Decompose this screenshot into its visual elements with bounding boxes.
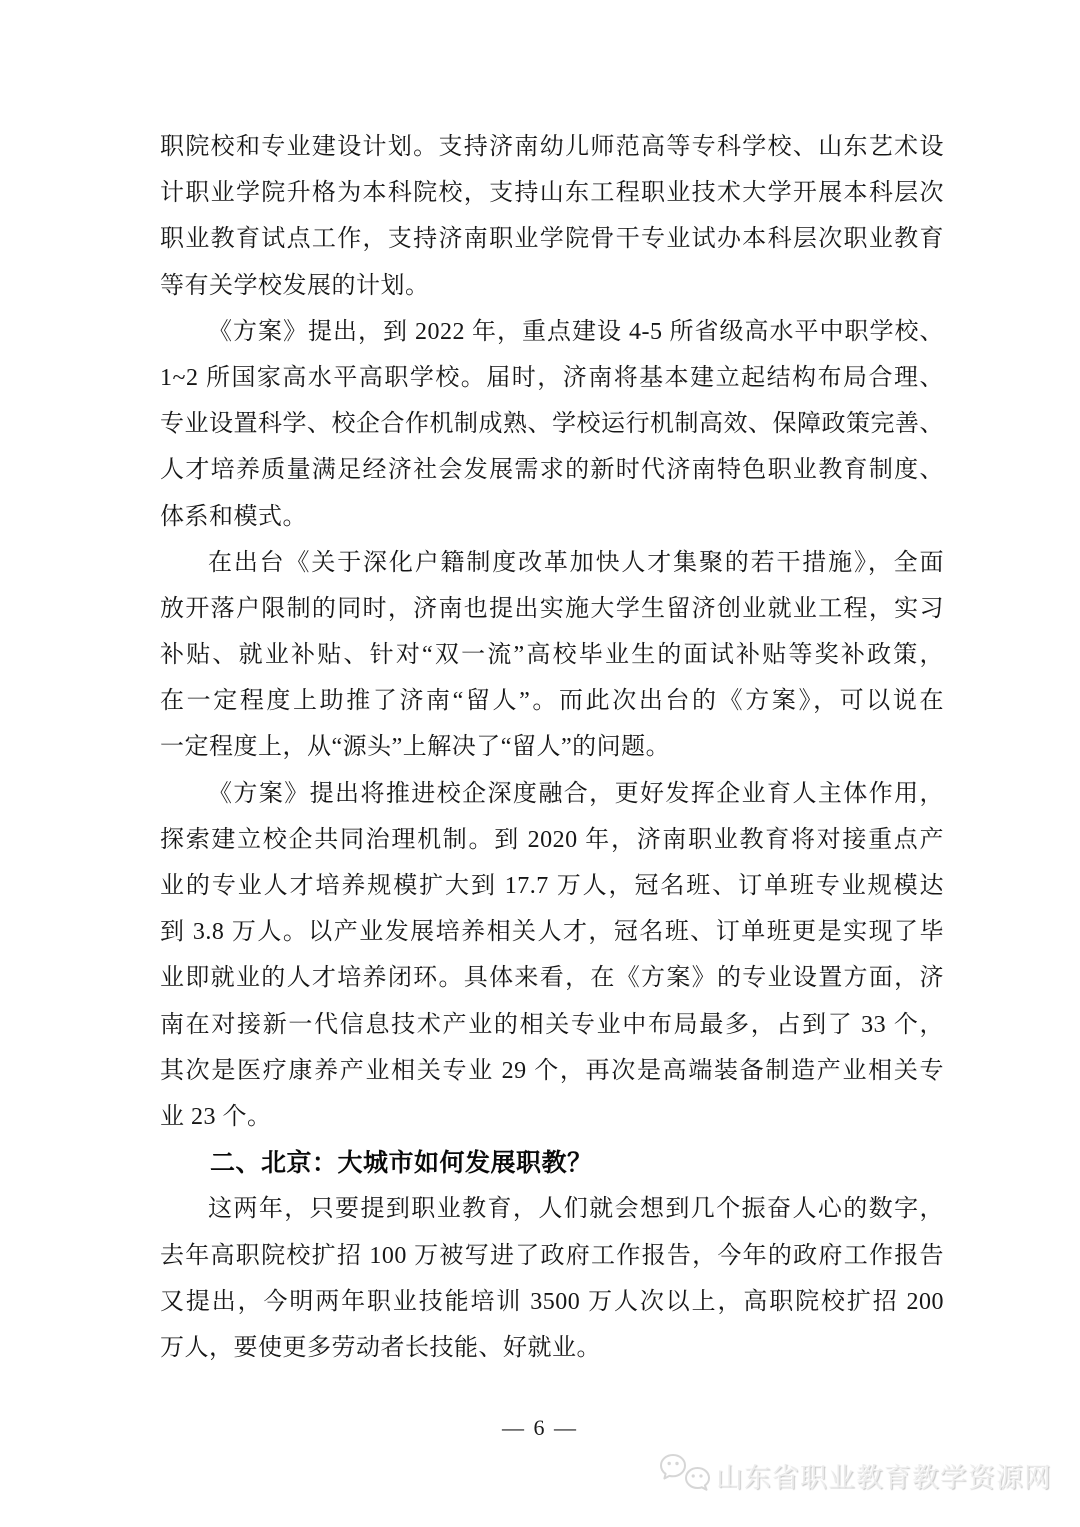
text-line: 到 3.8 万人。以产业发展培养相关人才，冠名班、订单班更是实现了毕 — [160, 909, 944, 955]
text-line: 其次是医疗康养产业相关专业 29 个，再次是高端装备制造产业相关专 — [160, 1048, 944, 1094]
text-line: 探索建立校企共同治理机制。到 2020 年，济南职业教育将对接重点产 — [160, 817, 944, 863]
text-line: 万人，要使更多劳动者长技能、好就业。 — [160, 1325, 944, 1371]
text-line: 专业设置科学、校企合作机制成熟、学校运行机制高效、保障政策完善、 — [160, 401, 944, 447]
wechat-icon — [660, 1452, 710, 1499]
section-heading: 二、北京：大城市如何发展职教？ — [160, 1140, 944, 1186]
text-line: 又提出，今明两年职业技能培训 3500 万人次以上，高职院校扩招 200 — [160, 1279, 944, 1325]
text-line: 业的专业人才培养规模扩大到 17.7 万人，冠名班、订单班专业规模达 — [160, 863, 944, 909]
text-line: 《方案》提出，到 2022 年，重点建设 4-5 所省级高水平中职学校、 — [160, 309, 944, 355]
text-line: 职业教育试点工作，支持济南职业学院骨干专业试办本科层次职业教育 — [160, 216, 944, 262]
document-body: 职院校和专业建设计划。支持济南幼儿师范高等专科学校、山东艺术设计职业学院升格为本… — [160, 124, 944, 1371]
watermark: 山东省职业教育教学资源网 — [660, 1450, 1052, 1500]
watermark-text: 山东省职业教育教学资源网 — [716, 1456, 1052, 1495]
paragraph: 职院校和专业建设计划。支持济南幼儿师范高等专科学校、山东艺术设计职业学院升格为本… — [160, 124, 944, 309]
text-line: 补贴、就业补贴、针对“双一流”高校毕业生的面试补贴等奖补政策， — [160, 632, 944, 678]
paragraph: 这两年，只要提到职业教育，人们就会想到几个振奋人心的数字，去年高职院校扩招 10… — [160, 1186, 944, 1371]
paragraph: 《方案》提出，到 2022 年，重点建设 4-5 所省级高水平中职学校、1~2 … — [160, 309, 944, 540]
text-line: 一定程度上，从“源头”上解决了“留人”的问题。 — [160, 724, 944, 770]
text-line: 在一定程度上助推了济南“留人”。而此次出台的《方案》，可以说在 — [160, 678, 944, 724]
text-line: 《方案》提出将推进校企深度融合，更好发挥企业育人主体作用， — [160, 771, 944, 817]
text-line: 放开落户限制的同时，济南也提出实施大学生留济创业就业工程，实习 — [160, 586, 944, 632]
text-line: 体系和模式。 — [160, 494, 944, 540]
text-line: 业 23 个。 — [160, 1094, 944, 1140]
document-page: 职院校和专业建设计划。支持济南幼儿师范高等专科学校、山东艺术设计职业学院升格为本… — [0, 0, 1080, 1527]
text-line: 业即就业的人才培养闭环。具体来看，在《方案》的专业设置方面，济 — [160, 955, 944, 1001]
paragraph: 在出台《关于深化户籍制度改革加快人才集聚的若干措施》，全面放开落户限制的同时，济… — [160, 540, 944, 771]
paragraph: 《方案》提出将推进校企深度融合，更好发挥企业育人主体作用，探索建立校企共同治理机… — [160, 771, 944, 1141]
text-line: 南在对接新一代信息技术产业的相关专业中布局最多，占到了 33 个， — [160, 1002, 944, 1048]
text-line: 1~2 所国家高水平高职学校。届时，济南将基本建立起结构布局合理、 — [160, 355, 944, 401]
text-line: 人才培养质量满足经济社会发展需求的新时代济南特色职业教育制度、 — [160, 447, 944, 493]
text-line: 去年高职院校扩招 100 万被写进了政府工作报告，今年的政府工作报告 — [160, 1233, 944, 1279]
text-line: 职院校和专业建设计划。支持济南幼儿师范高等专科学校、山东艺术设 — [160, 124, 944, 170]
text-line: 计职业学院升格为本科院校，支持山东工程职业技术大学开展本科层次 — [160, 170, 944, 216]
page-number: — 6 — — [0, 1415, 1080, 1441]
text-line: 这两年，只要提到职业教育，人们就会想到几个振奋人心的数字， — [160, 1186, 944, 1232]
text-line: 等有关学校发展的计划。 — [160, 263, 944, 309]
text-line: 在出台《关于深化户籍制度改革加快人才集聚的若干措施》，全面 — [160, 540, 944, 586]
